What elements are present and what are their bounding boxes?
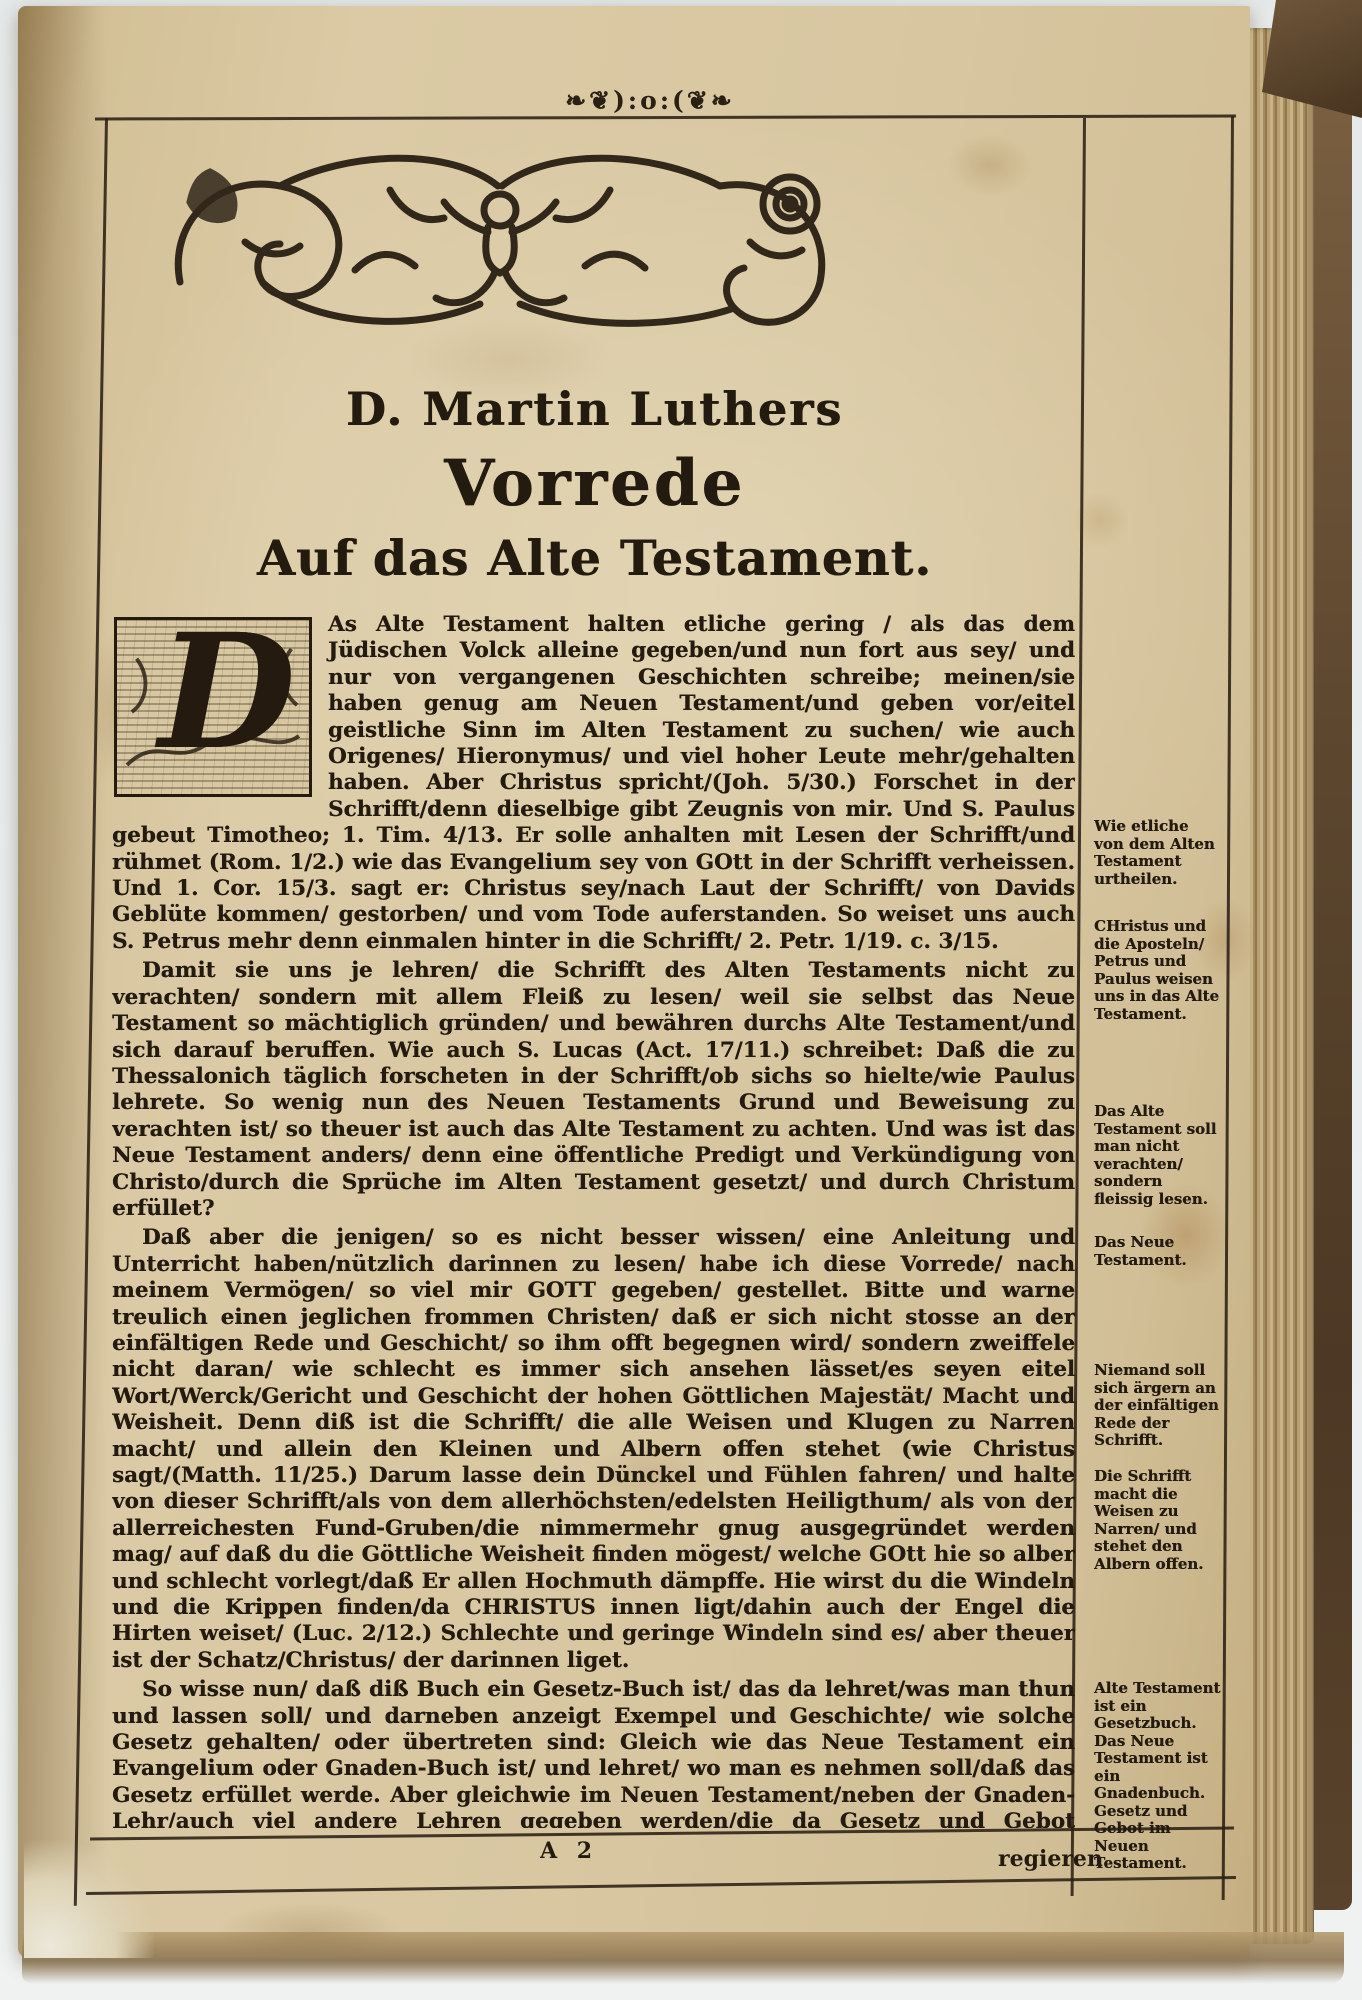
- headpiece-woodcut-icon: [150, 132, 850, 350]
- book-photo: ❧❦):o:(❦❧ D. Ma: [0, 0, 1362, 2000]
- page-corner-curl: [24, 1840, 154, 1958]
- body-paragraph: D As Alte Testament halten etliche gerin…: [112, 612, 1075, 955]
- decorated-initial: D: [114, 617, 312, 797]
- spine-shading: [18, 6, 108, 1958]
- initial-letter: D: [131, 612, 323, 780]
- title-author: D. Martin Luthers: [112, 382, 1077, 436]
- margin-note: Niemand soll sich ärgern an der einfälti…: [1094, 1362, 1222, 1450]
- title-block: D. Martin Luthers Vorrede Auf das Alte T…: [112, 382, 1077, 587]
- margin-note: Die Schrifft macht die Weisen zu Narren/…: [1094, 1468, 1222, 1573]
- body-text-column: D As Alte Testament halten etliche gerin…: [112, 612, 1075, 1828]
- margin-note: CHristus und die Aposteln/ Petrus und Pa…: [1094, 918, 1222, 1023]
- body-paragraph: Damit sie uns je lehren/ die Schrifft de…: [112, 958, 1075, 1222]
- body-paragraph: Daß aber die jenigen/ so es nicht besser…: [112, 1225, 1075, 1674]
- leather-cover-right: [1314, 92, 1352, 1910]
- printers-mark: ❧❦):o:(❦❧: [520, 86, 780, 115]
- signature-mark: A 2: [540, 1838, 598, 1864]
- book-bottom-edge: [22, 1932, 1344, 1984]
- margin-note: Alte Testament ist ein Gesetzbuch. Das N…: [1094, 1680, 1222, 1873]
- catchword: regieren: [998, 1846, 1103, 1872]
- margin-note: Das Alte Testament soll man nicht verach…: [1094, 1103, 1222, 1208]
- page-fore-edge: [1250, 28, 1314, 1944]
- title-subject: Auf das Alte Testament.: [112, 529, 1077, 587]
- title-vorrede: Vorrede: [112, 446, 1077, 521]
- margin-note: Wie etliche von dem Alten Testament urth…: [1094, 818, 1222, 888]
- margin-note: Das Neue Testament.: [1094, 1234, 1222, 1269]
- body-paragraph: So wisse nun/ daß diß Buch ein Gesetz-Bu…: [112, 1677, 1075, 1828]
